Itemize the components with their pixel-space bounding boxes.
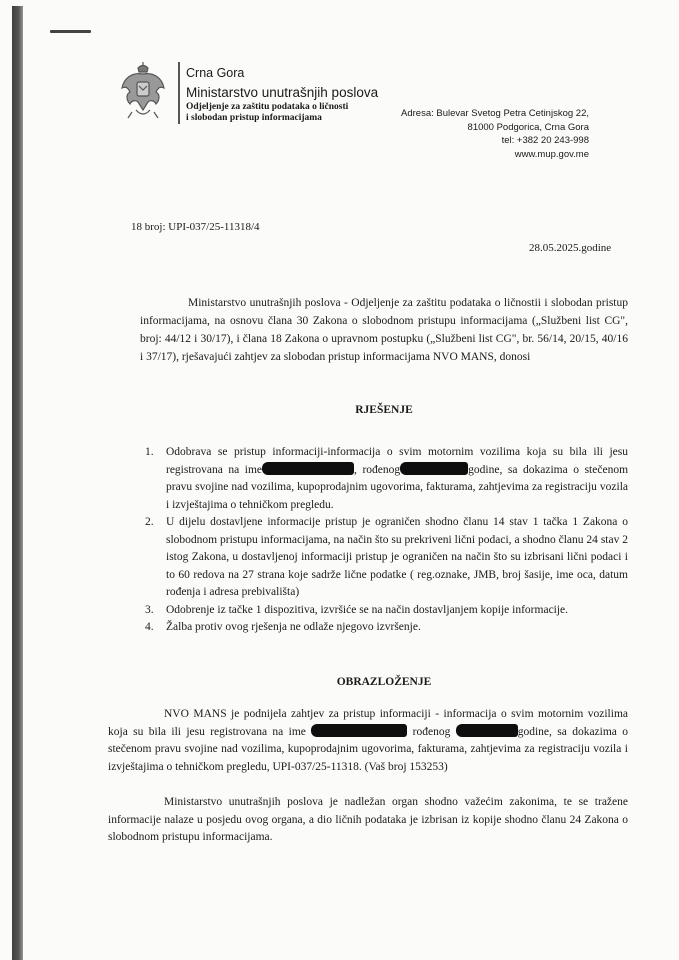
intro-paragraph: Ministarstvo unutrašnjih poslova - Odjel…: [140, 294, 628, 366]
scan-edge-shadow: [12, 6, 23, 960]
address-street: Adresa: Bulevar Svetog Petra Cetinjskog …: [401, 107, 589, 121]
letterhead: Crna Gora Ministarstvo unutrašnjih poslo…: [118, 58, 678, 168]
country-name: Crna Gora: [186, 64, 378, 82]
address-block: Adresa: Bulevar Svetog Petra Cetinjskog …: [401, 107, 589, 161]
decision-list: 1. Odobrava se pristup informaciji-infor…: [145, 444, 628, 637]
reference-number: 18 broj: UPI-037/25-11318/4: [131, 221, 260, 233]
reasoning-paragraph-2: Ministarstvo unutrašnjih poslova je nadl…: [108, 794, 628, 847]
department-line-1: Odjeljenje za zaštitu podataka o ličnost…: [186, 102, 378, 113]
address-city: 81000 Podgorica, Crna Gora: [401, 121, 589, 135]
header-divider: [178, 62, 180, 124]
ministry-name: Ministarstvo unutrašnjih poslova: [186, 84, 378, 102]
decision-item-2: 2. U dijelu dostavljene informacije pris…: [145, 514, 628, 602]
scan-mark: [50, 30, 91, 33]
department-line-2: i slobodan pristup informacijama: [186, 113, 378, 124]
redacted-birthdate: [456, 724, 518, 737]
reasoning-paragraph-1: NVO MANS je podnijela zahtjev za pristup…: [108, 706, 628, 776]
redacted-name: [311, 724, 407, 737]
decision-item-3: 3. Odobrenje iz tačke 1 dispozitiva, izv…: [145, 602, 628, 620]
redacted-name: [262, 462, 354, 475]
decision-heading: RJEŠENJE: [140, 404, 628, 416]
decision-item-1: 1. Odobrava se pristup informaciji-infor…: [145, 444, 628, 514]
address-website: www.mup.gov.me: [401, 148, 589, 162]
document-date: 28.05.2025.godine: [529, 242, 611, 254]
decision-item-4: 4. Žalba protiv ovog rješenja ne odlaže …: [145, 619, 628, 637]
coat-of-arms-icon: [118, 62, 168, 122]
address-phone: tel: +382 20 243-998: [401, 134, 589, 148]
reasoning-heading: OBRAZLOŽENJE: [140, 676, 628, 688]
organization-block: Crna Gora Ministarstvo unutrašnjih poslo…: [186, 64, 378, 124]
redacted-birthdate: [400, 462, 468, 475]
